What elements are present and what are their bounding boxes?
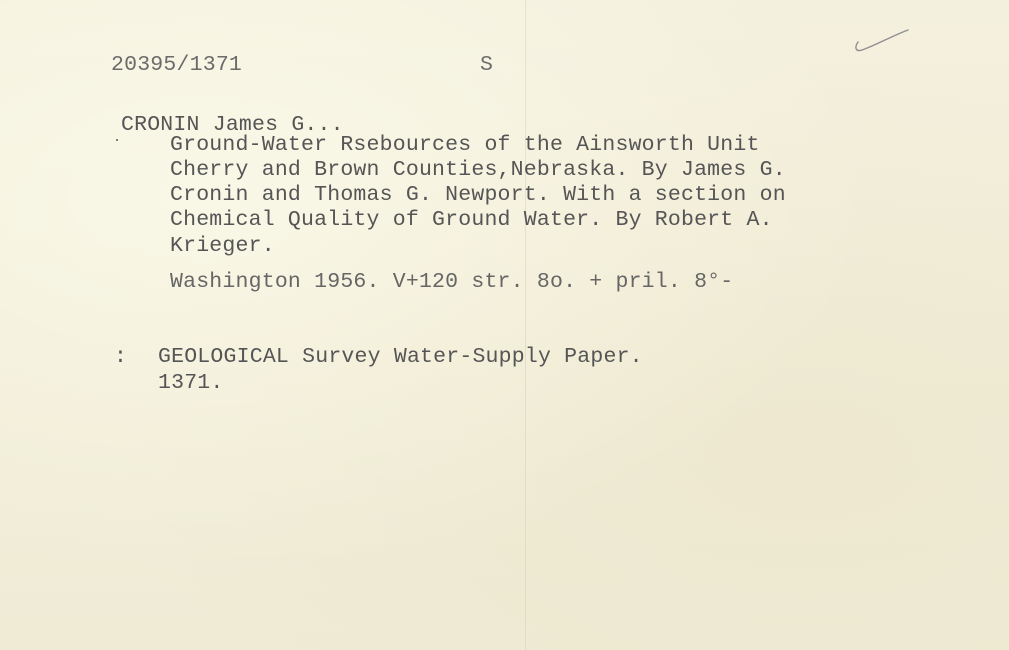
call-number: 20395/1371 xyxy=(111,53,242,77)
series-line: 1371. xyxy=(158,371,224,395)
checkmark-icon xyxy=(852,28,912,58)
author-marker xyxy=(116,139,118,141)
series-marker: : xyxy=(114,345,127,369)
series-letter: S xyxy=(480,53,493,77)
title-line: Cherry and Brown Counties,Nebraska. By J… xyxy=(170,158,786,182)
catalog-card: 20395/1371 S CRONIN James G... Ground-Wa… xyxy=(0,0,1009,650)
imprint-line: Washington 1956. V+120 str. 8o. + pril. … xyxy=(170,270,733,294)
title-line: Ground-Water Rsebources of the Ainsworth… xyxy=(170,133,760,157)
title-line: Krieger. xyxy=(170,234,275,258)
title-line: Chemical Quality of Ground Water. By Rob… xyxy=(170,208,773,232)
title-line: Cronin and Thomas G. Newport. With a sec… xyxy=(170,183,786,207)
paper-fold xyxy=(525,0,526,650)
series-line: GEOLOGICAL Survey Water-Supply Paper. xyxy=(158,345,643,369)
